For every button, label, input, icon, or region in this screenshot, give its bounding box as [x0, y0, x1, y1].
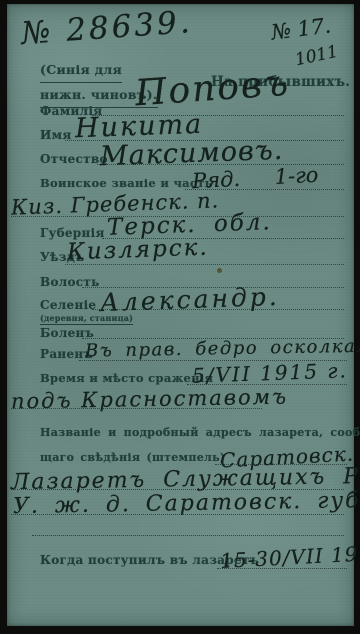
card-number: № 17. [270, 13, 332, 44]
field-settlement-value: Александр. [100, 282, 281, 317]
field-battle-value-cont: подъ Красноставомъ [11, 385, 288, 414]
photo-background: № 28639. № 17. 1011 (Синія для нижн. чин… [0, 0, 360, 634]
pencil-number: 1011 [293, 42, 339, 71]
field-district-rule [65, 264, 344, 265]
paper-blemish [217, 268, 222, 273]
field-hospital-label-line2: щаго свѣдѣнія (штемпель) [40, 451, 225, 464]
card-type-note-line1: (Синія для [40, 58, 122, 83]
field-district-value: Кизлярск. [67, 235, 210, 266]
field-hospital-label-line1: Названіе и подробный адресъ лазарета, со… [40, 426, 360, 439]
hospital-admission-card: № 28639. № 17. 1011 (Синія для нижн. чин… [7, 4, 354, 626]
field-wounded-value: Въ прав. бедро осколками [85, 335, 360, 361]
field-settlement-label: Селеніе [40, 298, 96, 312]
registration-number: № 28639. [20, 4, 194, 52]
field-battle-label: Время и мѣсто сраженія [40, 371, 213, 385]
blank-rule [32, 535, 344, 536]
field-rank-unit-label: Воинское званіе и часть [40, 176, 213, 190]
